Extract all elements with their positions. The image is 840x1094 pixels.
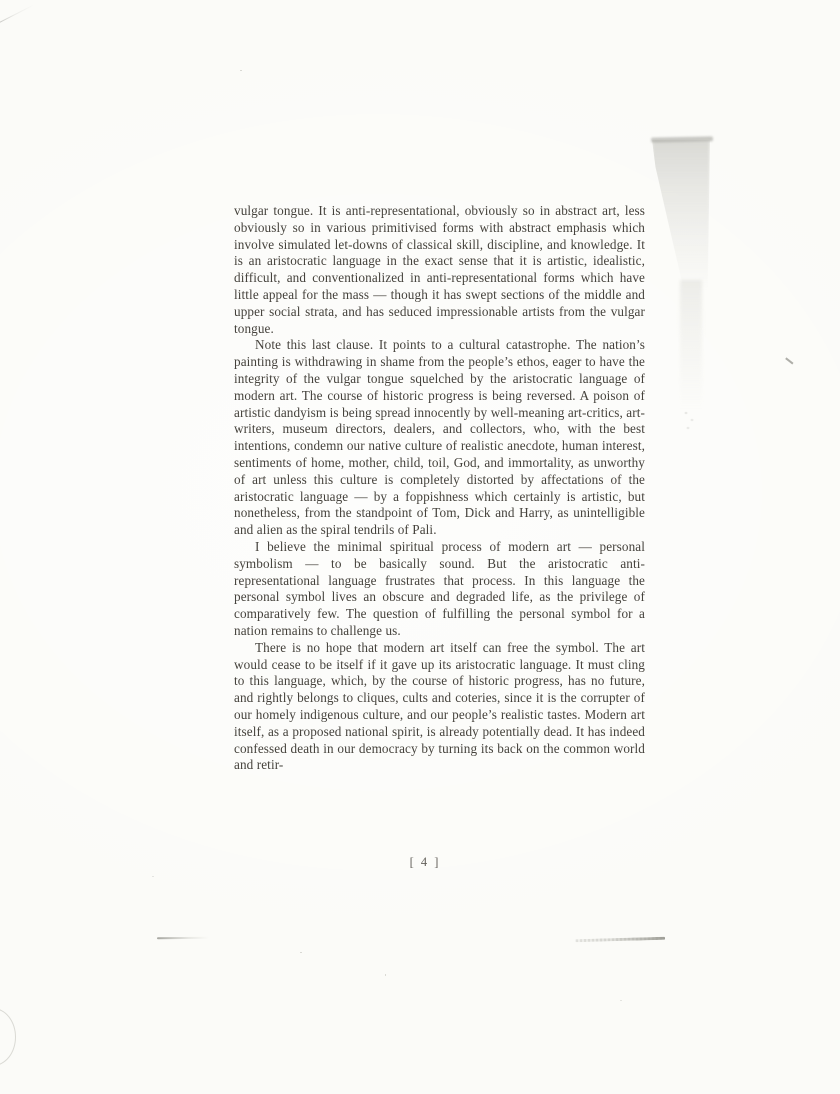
- paper-speck: [240, 70, 242, 71]
- scanned-book-page: vulgar tongue. It is anti-representation…: [0, 0, 840, 1094]
- tick-mark-right-margin: [785, 357, 793, 364]
- paragraph: Note this last clause. It points to a cu…: [234, 337, 645, 539]
- paragraph: I believe the minimal spiritual process …: [234, 539, 645, 640]
- page-text-block: vulgar tongue. It is anti-representation…: [234, 203, 645, 774]
- scratch-mark-top-left: [0, 5, 34, 25]
- paragraph-continuation: vulgar tongue. It is anti-representation…: [234, 203, 645, 337]
- smudge-shadow: [652, 140, 710, 290]
- paper-speck: [152, 876, 154, 877]
- paper-speck: [300, 952, 302, 953]
- pencil-mark-bottom-left: [157, 937, 209, 940]
- smudge-shadow-edge: [651, 136, 713, 142]
- pencil-mark-bottom-right: [575, 937, 665, 942]
- paper-speck: [620, 1000, 622, 1001]
- paragraph: There is no hope that modern art itself …: [234, 640, 645, 774]
- arc-mark-left-edge: [0, 1008, 16, 1066]
- paper-speck: [385, 974, 386, 976]
- page-number: [ 4 ]: [225, 855, 625, 870]
- smudge-flecks: [682, 408, 698, 432]
- smudge-shadow-tail: [680, 280, 702, 410]
